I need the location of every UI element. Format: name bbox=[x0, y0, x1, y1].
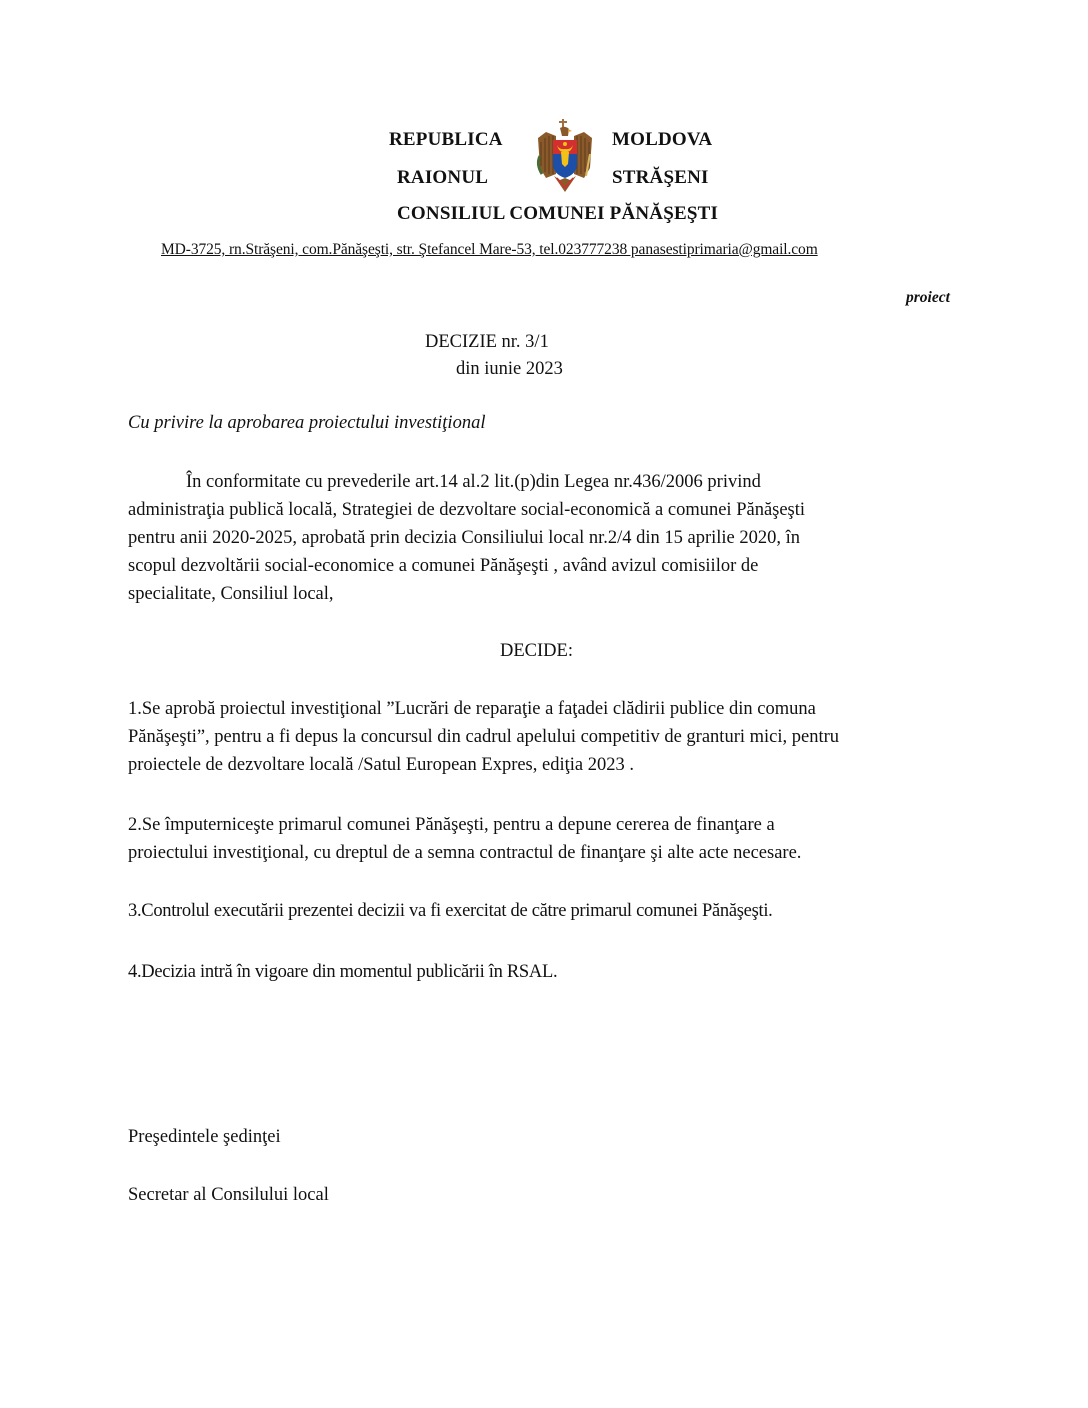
item-line: proiectele de dezvoltare locală /Satul E… bbox=[128, 751, 948, 779]
decision-item-4: 4.Decizia intră în vigoare din momentul … bbox=[128, 958, 948, 986]
preamble-line: administraţia publică locală, Strategiei… bbox=[128, 496, 948, 524]
header-raionul: RAIONUL bbox=[397, 167, 488, 189]
preamble-line: scopul dezvoltării social-economice a co… bbox=[128, 552, 948, 580]
item-line: 1.Se aprobă proiectul investiţional ”Luc… bbox=[128, 695, 948, 723]
header-council-name: CONSILIUL COMUNEI PĂNĂŞEŞTI bbox=[397, 203, 718, 225]
decision-date: din iunie 2023 bbox=[456, 359, 563, 380]
preamble-line: pentru anii 2020-2025, aprobată prin dec… bbox=[128, 524, 948, 552]
item-line: 2.Se împuterniceşte primarul comunei Păn… bbox=[128, 811, 948, 839]
item-line: 3.Controlul executării prezentei decizii… bbox=[128, 897, 948, 925]
item-line: Pănăşeşti”, pentru a fi depus la concurs… bbox=[128, 723, 948, 751]
decision-item-3: 3.Controlul executării prezentei decizii… bbox=[128, 897, 948, 925]
header-straseni: STRĂŞENI bbox=[612, 167, 709, 189]
decision-number: DECIZIE nr. 3/1 bbox=[425, 332, 549, 353]
preamble-line: În conformitate cu prevederile art.14 al… bbox=[128, 468, 948, 496]
signature-president: Preşedintele şedinţei bbox=[128, 1127, 281, 1148]
preamble-paragraph: În conformitate cu prevederile art.14 al… bbox=[128, 468, 948, 608]
moldova-coat-of-arms-icon bbox=[532, 118, 598, 198]
signature-secretary: Secretar al Consilului local bbox=[128, 1185, 329, 1206]
council-address: MD-3725, rn.Străşeni, com.Pănăşeşti, str… bbox=[161, 241, 818, 259]
item-line: 4.Decizia intră în vigoare din momentul … bbox=[128, 958, 948, 986]
decision-item-1: 1.Se aprobă proiectul investiţional ”Luc… bbox=[128, 695, 948, 779]
decide-heading: DECIDE: bbox=[500, 641, 573, 662]
header-republica: REPUBLICA bbox=[389, 129, 503, 151]
decision-subject: Cu privire la aprobarea proiectului inve… bbox=[128, 413, 485, 434]
header-moldova: MOLDOVA bbox=[612, 129, 712, 151]
item-line: proiectului investiţional, cu dreptul de… bbox=[128, 839, 948, 867]
draft-status-label: proiect bbox=[906, 289, 950, 307]
decision-item-2: 2.Se împuterniceşte primarul comunei Păn… bbox=[128, 811, 948, 867]
preamble-line: specialitate, Consiliul local, bbox=[128, 580, 948, 608]
